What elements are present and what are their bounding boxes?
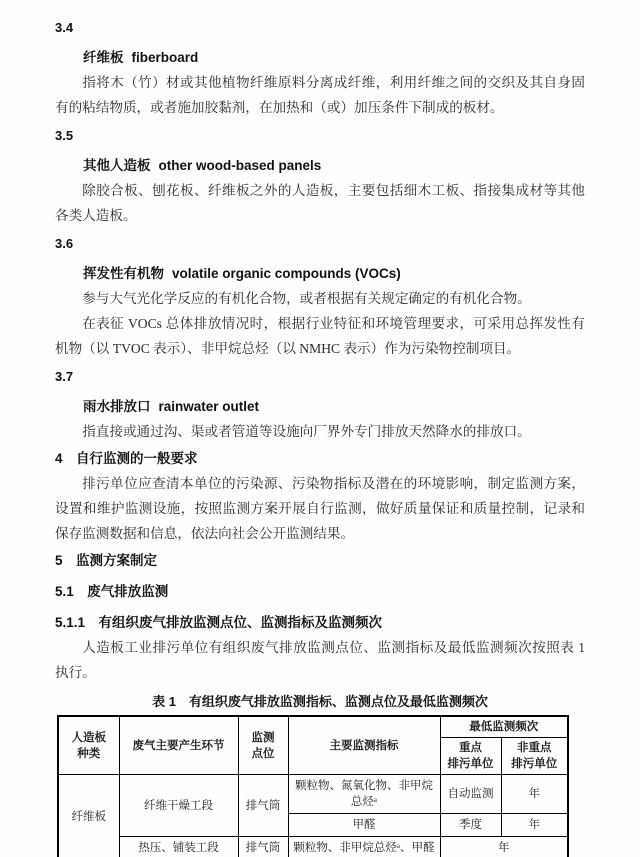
table-header-row-1: 人造板 种类 废气主要产生环节 监测 点位 主要监测指标 最低监测频次 <box>58 716 568 738</box>
header-indicators: 主要监测指标 <box>288 716 440 775</box>
section-number-3-6: 3.6 <box>55 231 585 256</box>
clause-4-body: 排污单位应查清本单位的污染源、污染物指标及潜在的环境影响，制定监测方案，设置和维… <box>55 471 585 546</box>
term-en: fiberboard <box>132 50 199 65</box>
header-key-unit: 重点 排污单位 <box>440 738 501 775</box>
term-en: other wood-based panels <box>159 158 322 173</box>
clause-5-1-1-body: 人造板工业排污单位有组织废气排放监测点位、监测指标及最低监测频次按照表 1 执行… <box>55 635 585 685</box>
cell-indicators: 颗粒物、非甲烷总烃ᵃ、甲醛 <box>288 837 440 857</box>
definition-paragraph: 除胶合板、刨花板、纤维板之外的人造板，主要包括细木工板、指接集成材等其他各类人造… <box>55 178 585 228</box>
term-en: rainwater outlet <box>159 399 260 414</box>
definition-paragraph: 指直接或通过沟、渠或者管道等设施向厂界外专门排放天然降水的排放口。 <box>55 419 585 444</box>
table-row: 纤维板 纤维干燥工段 排气筒 颗粒物、氮氧化物、非甲烷总烃ᵃ 自动监测 年 <box>58 775 568 814</box>
term-cn: 纤维板 <box>83 50 124 65</box>
table-1-title: 表 1 有组织废气排放监测指标、监测点位及最低监测频次 <box>55 689 585 714</box>
header-min-freq: 最低监测频次 <box>440 716 568 738</box>
header-non-key-unit: 非重点 排污单位 <box>501 738 568 775</box>
clause-5-1-1-heading: 5.1.1 有组织废气排放监测点位、监测指标及监测频次 <box>55 610 585 635</box>
clause-5-1-heading: 5.1 废气排放监测 <box>55 579 585 604</box>
definition-paragraph: 参与大气光化学反应的有机化合物，或者根据有关规定确定的有机化合物。 <box>55 286 585 311</box>
cell-indicators: 颗粒物、氮氧化物、非甲烷总烃ᵃ <box>288 775 440 814</box>
table-row: 热压、铺装工段 排气筒 颗粒物、非甲烷总烃ᵃ、甲醛 年 <box>58 837 568 857</box>
section-number-3-7: 3.7 <box>55 364 585 389</box>
definition-paragraph: 在表征 VOCs 总体排放情况时，根据行业特征和环境管理要求，可采用总挥发性有机… <box>55 311 585 361</box>
cell-point: 排气筒 <box>238 837 288 857</box>
term-cn: 其他人造板 <box>83 158 151 173</box>
document-page: 3.4 纤维板fiberboard 指将木（竹）材或其他植物纤维原料分离成纤维，… <box>0 0 640 857</box>
cell-non-key-freq: 年 <box>501 775 568 814</box>
cell-point: 排气筒 <box>238 775 288 837</box>
term-cn: 挥发性有机物 <box>83 266 164 281</box>
clause-5-heading: 5 监测方案制定 <box>55 548 585 573</box>
header-point: 监测 点位 <box>238 716 288 775</box>
term-line-rainwater-outlet: 雨水排放口rainwater outlet <box>83 394 585 419</box>
cell-stage: 纤维干燥工段 <box>119 775 238 837</box>
section-number-3-5: 3.5 <box>55 123 585 148</box>
cell-non-key-freq: 年 <box>501 814 568 837</box>
cell-key-freq: 自动监测 <box>440 775 501 814</box>
cell-stage: 热压、铺装工段 <box>119 837 238 857</box>
definition-paragraph: 指将木（竹）材或其他植物纤维原料分离成纤维，利用纤维之间的交织及其自身固有的粘结… <box>55 70 585 120</box>
section-number-3-4: 3.4 <box>55 15 585 40</box>
clause-4-heading: 4 自行监测的一般要求 <box>55 446 585 471</box>
term-line-vocs: 挥发性有机物volatile organic compounds (VOCs) <box>83 261 585 286</box>
table-1: 人造板 种类 废气主要产生环节 监测 点位 主要监测指标 最低监测频次 重点 排… <box>57 715 569 857</box>
cell-panel-type: 纤维板 <box>58 775 119 857</box>
term-line-other-panels: 其他人造板other wood-based panels <box>83 153 585 178</box>
header-stage: 废气主要产生环节 <box>119 716 238 775</box>
cell-indicators: 甲醛 <box>288 814 440 837</box>
header-panel-type: 人造板 种类 <box>58 716 119 775</box>
cell-freq-merged: 年 <box>440 837 568 857</box>
term-cn: 雨水排放口 <box>83 399 151 414</box>
term-en: volatile organic compounds (VOCs) <box>172 266 401 281</box>
cell-key-freq: 季度 <box>440 814 501 837</box>
term-line-fiberboard: 纤维板fiberboard <box>83 45 585 70</box>
